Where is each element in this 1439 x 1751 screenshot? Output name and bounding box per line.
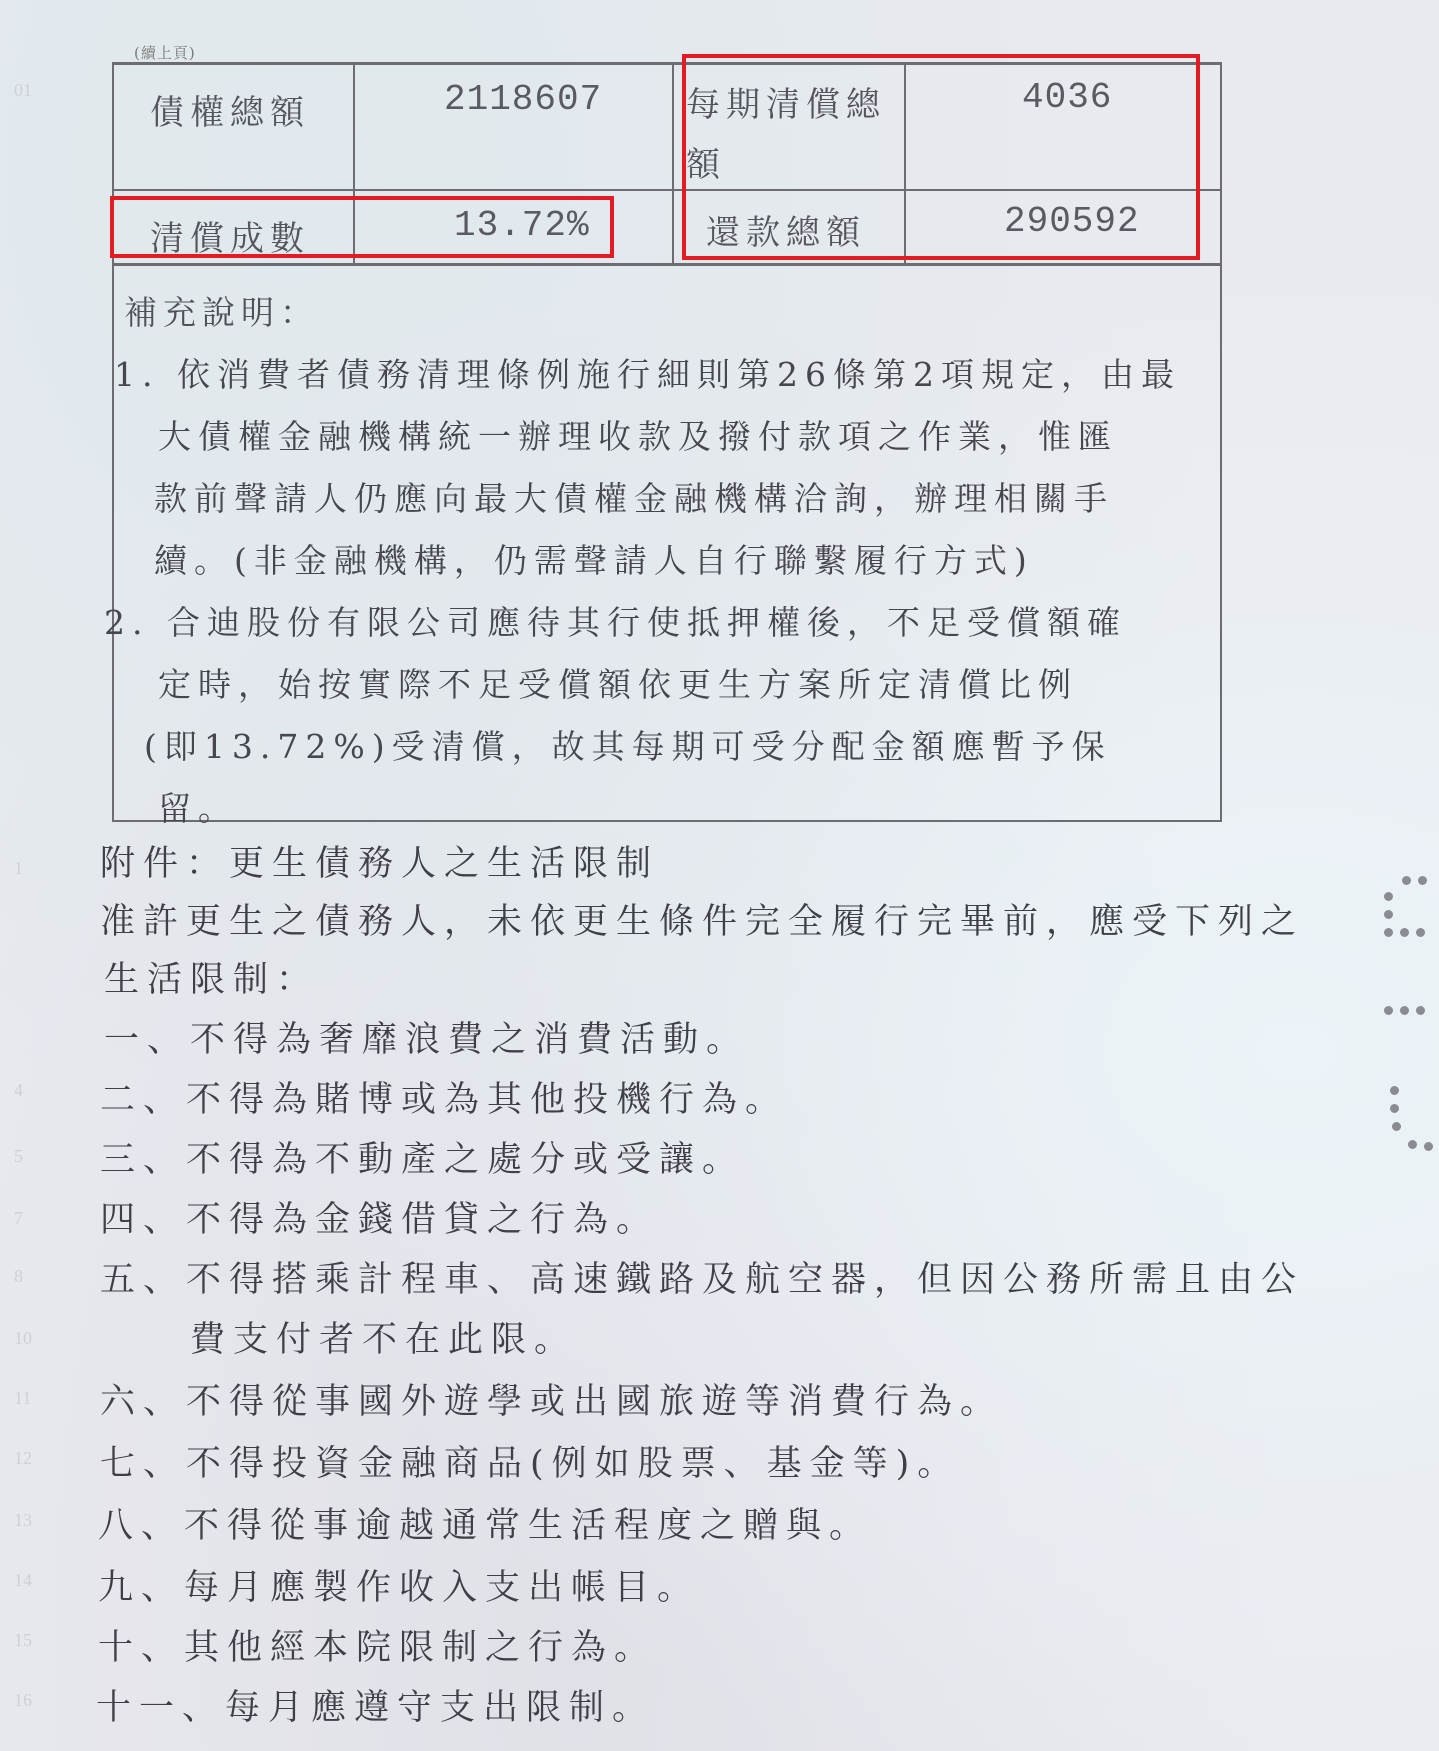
- total-claims-value: 2118607: [444, 79, 602, 120]
- restriction-item: 二、不得為賭博或為其他投機行為。: [100, 1072, 788, 1122]
- margin-line-number: 11: [14, 1388, 31, 1409]
- note-2-line: (即13.72%)受清償，故其每期可受分配金額應暫予保: [144, 721, 1112, 768]
- attachment-title: 附件：更生債務人之生活限制: [100, 836, 659, 886]
- note-2-line: 2. 合迪股份有限公司應待其行使抵押權後，不足受償額確: [104, 597, 1127, 644]
- note-1-line: 款前聲請人仍應向最大債權金融機構洽詢，辦理相關手: [154, 473, 1114, 520]
- margin-line-number: 12: [14, 1448, 32, 1469]
- margin-line-number: 1: [14, 858, 23, 879]
- restriction-item: 四、不得為金錢借貸之行為。: [100, 1192, 659, 1242]
- note-1-line: 1. 依消費者債務清理條例施行細則第26條第2項規定，由最: [114, 349, 1181, 396]
- restriction-item: 九、每月應製作收入支出帳目。: [98, 1560, 700, 1610]
- margin-line-number: 13: [14, 1510, 32, 1531]
- binding-dot-marks: [1380, 870, 1439, 1170]
- note-2-line: 定時，始按實際不足受償額依更生方案所定清償比例: [158, 659, 1078, 706]
- margin-line-number: 16: [14, 1690, 32, 1711]
- restriction-item: 六、不得從事國外遊學或出國旅遊等消費行為。: [100, 1374, 1003, 1424]
- margin-line-number: 10: [14, 1328, 32, 1349]
- restriction-item: 八、不得從事逾越通常生活程度之贈與。: [98, 1498, 872, 1548]
- margin-line-number: 15: [14, 1630, 32, 1651]
- restriction-item-continuation: 費支付者不在此限。: [190, 1312, 577, 1362]
- note-1-line: 大債權金融機構統一辦理收款及撥付款項之作業，惟匯: [158, 411, 1118, 458]
- total-claims-label: 債權總額: [150, 85, 310, 134]
- continued-from-previous-page-label: (續上頁): [134, 42, 196, 63]
- margin-line-number: 01: [14, 80, 32, 101]
- attachment-intro-line: 生活限制：: [104, 952, 319, 1002]
- supplementary-notes-title: 補充說明：: [124, 287, 319, 334]
- highlight-box-installment-and-total: [682, 54, 1200, 260]
- margin-line-number: 4: [14, 1080, 23, 1101]
- note-1-line: 續。(非金融機構，仍需聲請人自行聯繫履行方式): [154, 535, 1034, 582]
- note-2-line: 留。: [158, 783, 238, 830]
- restriction-item: 三、不得為不動產之處分或受讓。: [100, 1132, 745, 1182]
- restriction-item: 十、其他經本院限制之行為。: [98, 1620, 657, 1670]
- table-column-divider: [672, 65, 674, 265]
- restriction-item: 七、不得投資金融商品(例如股票、基金等)。: [100, 1436, 960, 1486]
- restriction-item: 十一、每月應遵守支出限制。: [96, 1680, 655, 1730]
- restriction-item: 一、不得為奢靡浪費之消費活動。: [104, 1012, 749, 1062]
- margin-line-number: 5: [14, 1146, 23, 1167]
- restriction-item: 五、不得搭乘計程車、高速鐵路及航空器，但因公務所需且由公: [100, 1252, 1304, 1302]
- margin-line-number: 7: [14, 1208, 23, 1229]
- highlight-box-repayment-ratio: [110, 196, 614, 258]
- margin-line-number: 14: [14, 1570, 32, 1591]
- attachment-intro-line: 准許更生之債務人，未依更生條件完全履行完畢前，應受下列之: [100, 894, 1304, 944]
- margin-line-number: 8: [14, 1266, 23, 1287]
- table-row-divider: [114, 263, 1220, 266]
